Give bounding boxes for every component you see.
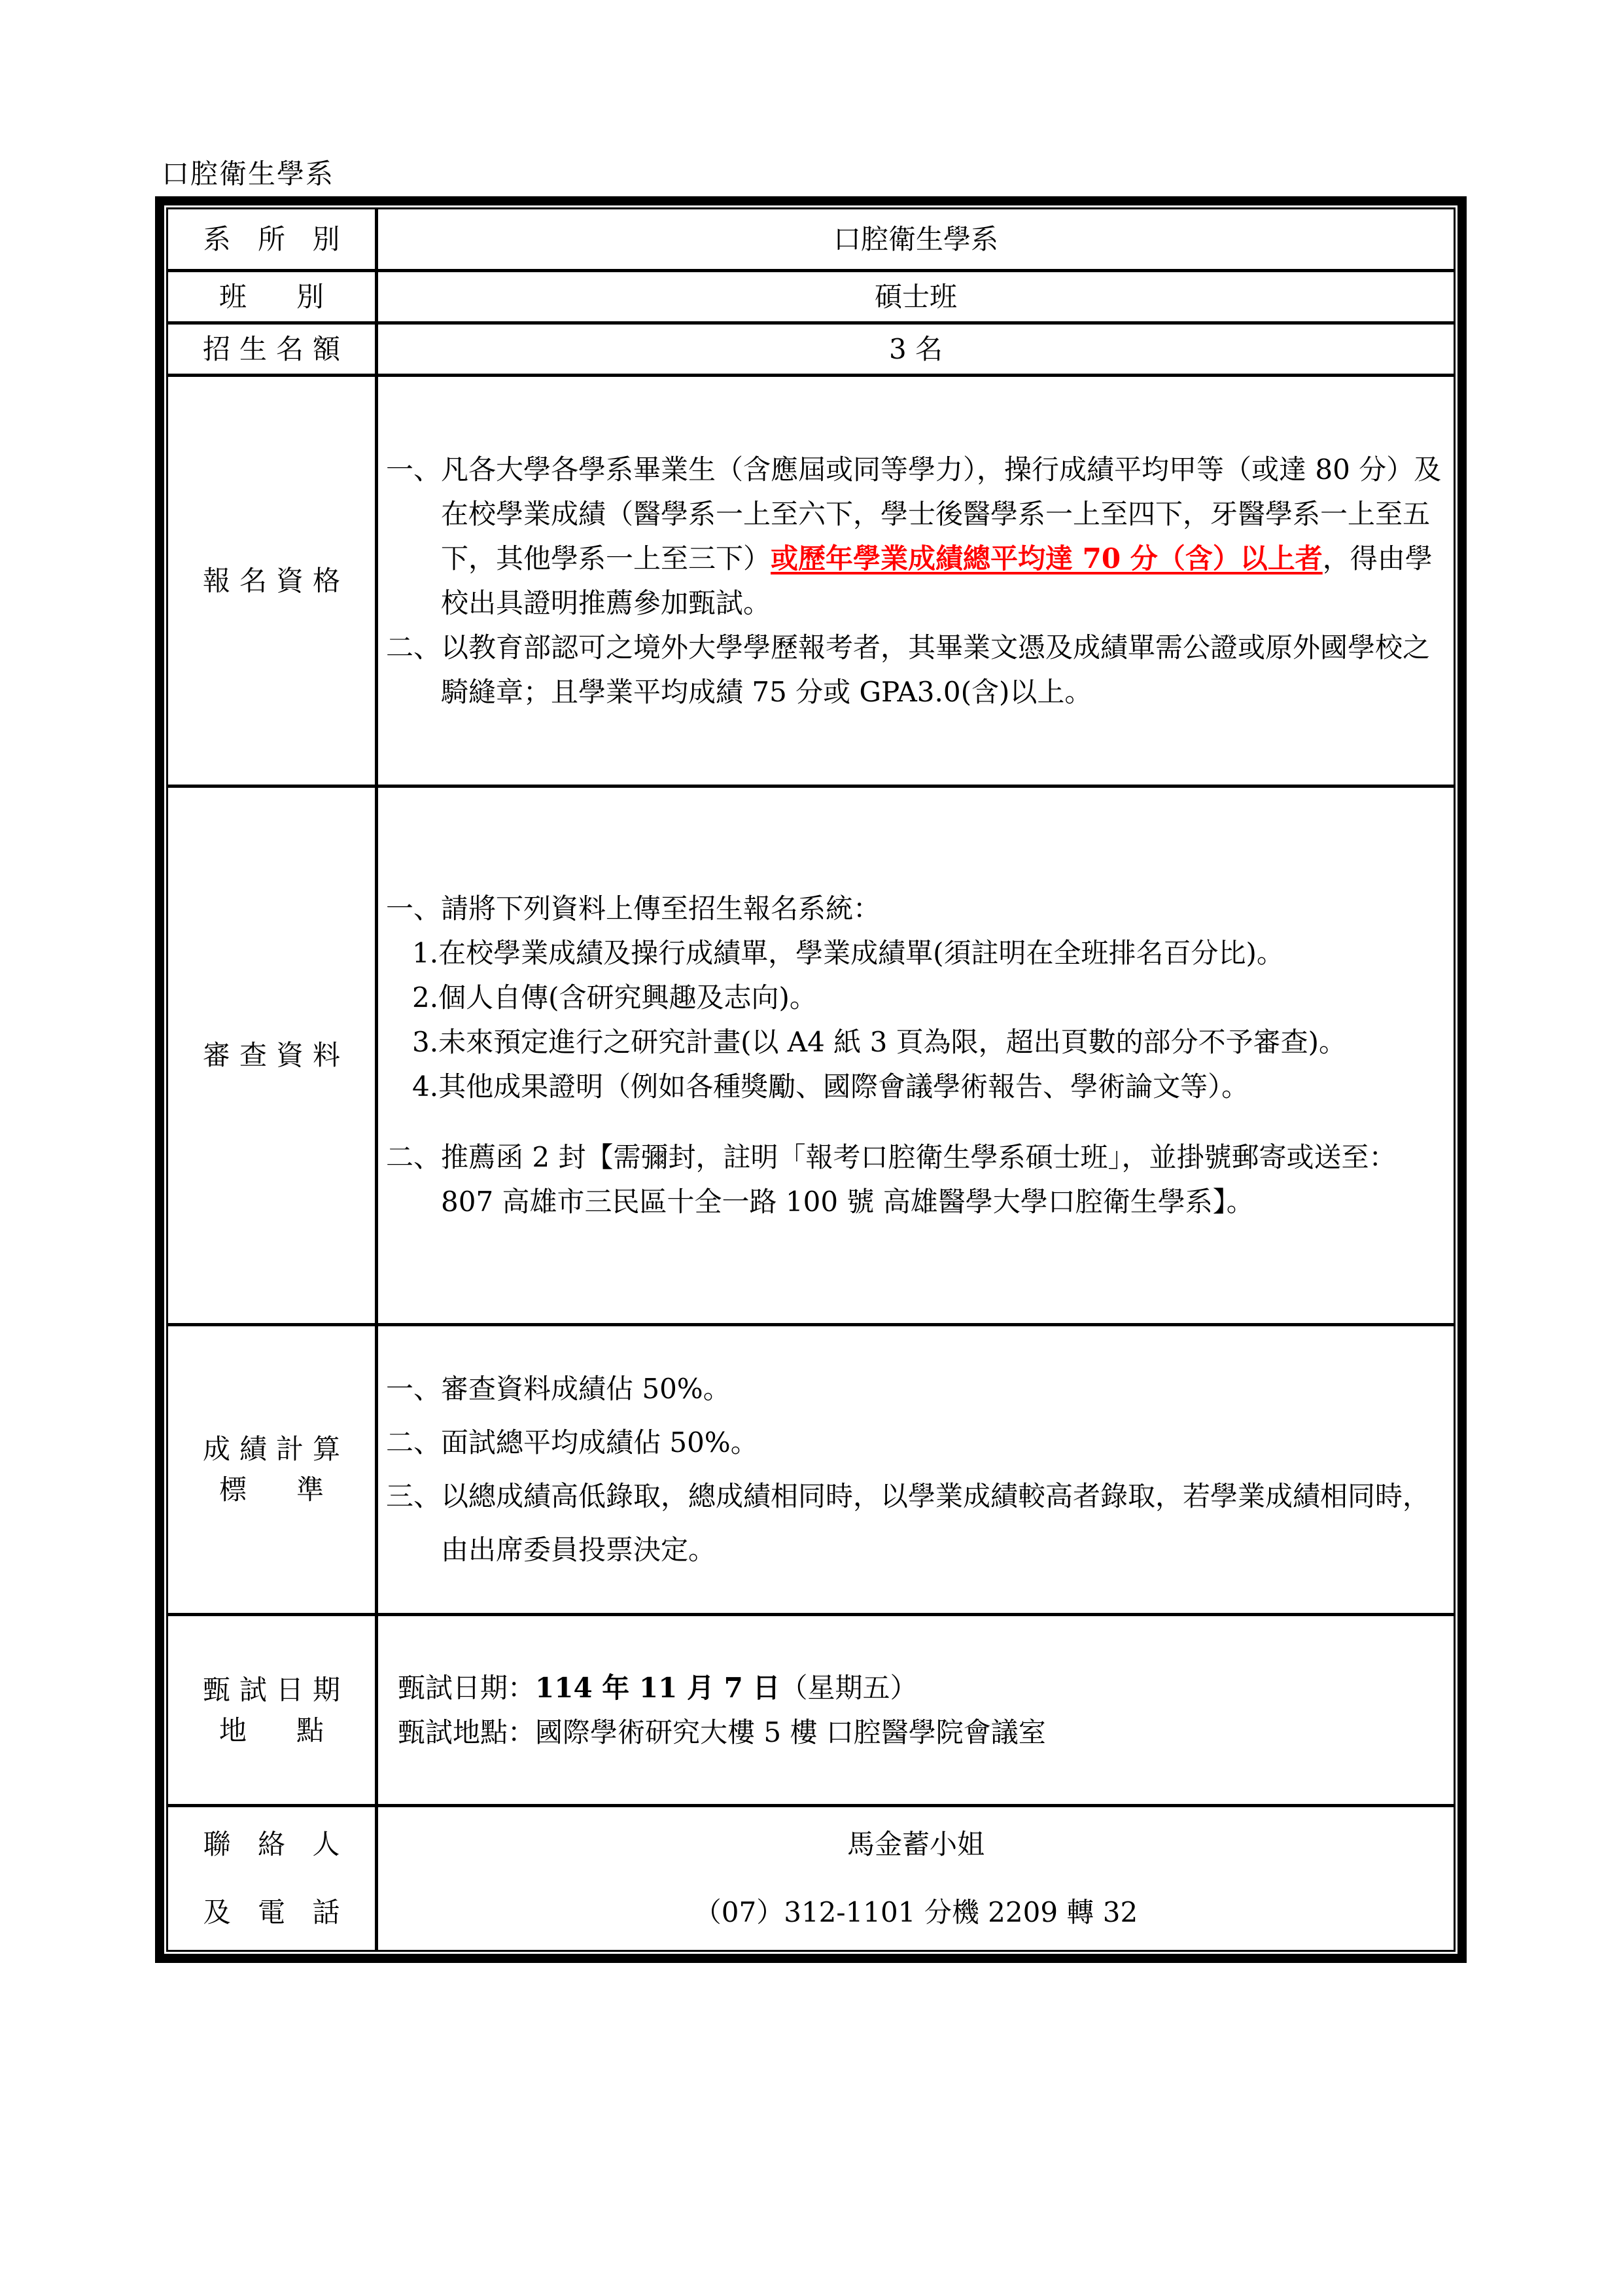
label-cell-exam: 甄試日期 地 點 bbox=[167, 1615, 377, 1806]
item-number: 一、 bbox=[386, 448, 441, 626]
scoring-item-2: 二、 面試總平均成績佔 50%。 bbox=[386, 1416, 1442, 1470]
label-class-left: 班 bbox=[219, 277, 247, 317]
review-doc-3: 3.未來預定進行之研究計畫(以 A4 紙 3 頁為限，超出頁數的部分不予審查)。 bbox=[386, 1020, 1442, 1065]
eligibility-item-2: 二、 以教育部認可之境外大學學歷報考者，其畢業文憑及成績單需公證或原外國學校之騎… bbox=[386, 626, 1442, 715]
label-cell-department: 系 所 別 bbox=[167, 209, 377, 271]
label-cell-eligibility: 報名資格 bbox=[167, 376, 377, 786]
review-recommendation: 二、 推薦函 2 封【需彌封，註明「報考口腔衛生學系碩士班」，並掛號郵寄或送至：… bbox=[386, 1135, 1442, 1224]
review-doc-4: 4.其他成果證明（例如各種獎勵、國際會議學術報告、學術論文等）。 bbox=[386, 1065, 1442, 1109]
eligibility-text: 以教育部認可之境外大學學歷報考者，其畢業文憑及成績單需公證或原外國學校之騎縫章；… bbox=[441, 626, 1442, 715]
row-contact: 聯 絡 人 及 電 話 馬金蓄小姐 （07）312-1101 分機 2209 轉… bbox=[167, 1806, 1455, 1951]
admission-info-table: 系 所 別 口腔衛生學系 班 別 碩士班 招生名額 3 名 報名資格 bbox=[166, 207, 1456, 1952]
exam-place-value: 國際學術研究大樓 5 樓 口腔醫學院會議室 bbox=[535, 1716, 1046, 1748]
label-review: 審查資料 bbox=[194, 1039, 349, 1071]
value-contact: 馬金蓄小姐 （07）312-1101 分機 2209 轉 32 bbox=[377, 1806, 1455, 1951]
label-scoring-line1: 成績計算 bbox=[168, 1429, 375, 1470]
label-cell-quota: 招生名額 bbox=[167, 323, 377, 376]
item-number: 二、 bbox=[386, 626, 441, 715]
label-contact-line2: 及 電 話 bbox=[194, 1896, 349, 1928]
row-department: 系 所 別 口腔衛生學系 bbox=[167, 209, 1455, 271]
value-review: 一、請將下列資料上傳至招生報名系統： 1.在校學業成績及操行成績單，學業成績單(… bbox=[377, 786, 1455, 1325]
row-class: 班 別 碩士班 bbox=[167, 271, 1455, 323]
contact-name: 馬金蓄小姐 bbox=[378, 1810, 1454, 1879]
eligibility-highlight: 或歷年學業成績總平均達 70 分（含）以上者 bbox=[771, 542, 1323, 574]
label-cell-contact: 聯 絡 人 及 電 話 bbox=[167, 1806, 377, 1951]
value-class: 碩士班 bbox=[377, 271, 1455, 323]
row-quota: 招生名額 3 名 bbox=[167, 323, 1455, 376]
row-exam: 甄試日期 地 點 甄試日期：114 年 11 月 7 日（星期五） 甄試地點：國… bbox=[167, 1615, 1455, 1806]
row-scoring: 成績計算 標 準 一、 審查資料成績佔 50%。 二、 面試總平均成績佔 50%… bbox=[167, 1325, 1455, 1615]
label-exam-line2: 地 點 bbox=[168, 1710, 375, 1751]
label-quota: 招生名額 bbox=[194, 333, 349, 365]
label-eligibility: 報名資格 bbox=[194, 565, 349, 597]
label-scoring-line2: 標 準 bbox=[168, 1470, 375, 1510]
value-scoring: 一、 審查資料成績佔 50%。 二、 面試總平均成績佔 50%。 三、 以總成績… bbox=[377, 1325, 1455, 1615]
value-exam: 甄試日期：114 年 11 月 7 日（星期五） 甄試地點：國際學術研究大樓 5… bbox=[377, 1615, 1455, 1806]
exam-date: 甄試日期：114 年 11 月 7 日（星期五） bbox=[398, 1666, 1442, 1710]
label-exam-line1: 甄試日期 bbox=[168, 1670, 375, 1710]
value-department: 口腔衛生學系 bbox=[377, 209, 1455, 271]
value-quota: 3 名 bbox=[377, 323, 1455, 376]
review-intro: 一、請將下列資料上傳至招生報名系統： bbox=[386, 887, 1442, 931]
eligibility-item-1: 一、 凡各大學各學系畢業生（含應屆或同等學力），操行成績平均甲等（或達 80 分… bbox=[386, 448, 1442, 626]
page-title: 口腔衛生學系 bbox=[162, 157, 334, 191]
label-class-right: 別 bbox=[296, 277, 324, 317]
value-eligibility: 一、 凡各大學各學系畢業生（含應屆或同等學力），操行成績平均甲等（或達 80 分… bbox=[377, 376, 1455, 786]
review-doc-2: 2.個人自傳(含研究興趣及志向)。 bbox=[386, 976, 1442, 1020]
review-doc-1: 1.在校學業成績及操行成績單，學業成績單(須註明在全班排名百分比)。 bbox=[386, 931, 1442, 976]
label-contact-line1: 聯 絡 人 bbox=[194, 1828, 349, 1860]
contact-phone: （07）312-1101 分機 2209 轉 32 bbox=[378, 1879, 1454, 1947]
label-cell-class: 班 別 bbox=[167, 271, 377, 323]
label-department: 系 所 別 bbox=[194, 223, 349, 255]
scoring-item-1: 一、 審查資料成績佔 50%。 bbox=[386, 1362, 1442, 1416]
row-eligibility: 報名資格 一、 凡各大學各學系畢業生（含應屆或同等學力），操行成績平均甲等（或達… bbox=[167, 376, 1455, 786]
admission-info-table-frame: 系 所 別 口腔衛生學系 班 別 碩士班 招生名額 3 名 報名資格 bbox=[155, 196, 1467, 1963]
scoring-item-3: 三、 以總成績高低錄取，總成績相同時，以學業成績較高者錄取，若學業成績相同時，由… bbox=[386, 1470, 1442, 1577]
label-cell-review: 審查資料 bbox=[167, 786, 377, 1325]
row-review-documents: 審查資料 一、請將下列資料上傳至招生報名系統： 1.在校學業成績及操行成績單，學… bbox=[167, 786, 1455, 1325]
item-number: 二、 bbox=[386, 1135, 441, 1224]
exam-date-value: 114 年 11 月 7 日 bbox=[535, 1672, 780, 1704]
label-cell-scoring: 成績計算 標 準 bbox=[167, 1325, 377, 1615]
exam-place: 甄試地點：國際學術研究大樓 5 樓 口腔醫學院會議室 bbox=[398, 1710, 1442, 1755]
recommendation-text: 推薦函 2 封【需彌封，註明「報考口腔衛生學系碩士班」，並掛號郵寄或送至：807… bbox=[441, 1135, 1442, 1224]
